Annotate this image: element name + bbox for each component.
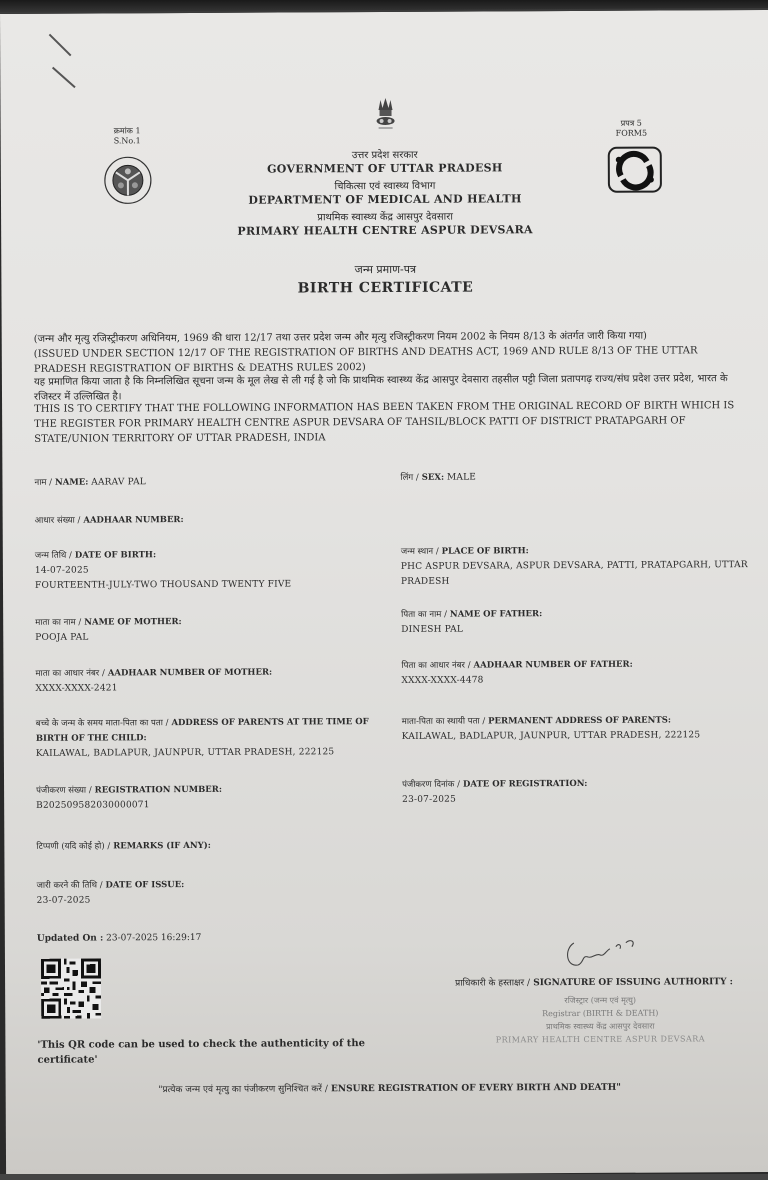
- field-place-of-birth: जन्म स्थान / PLACE OF BIRTH: PHC ASPUR D…: [401, 543, 751, 590]
- certificate-title-en: BIRTH CERTIFICATE: [1, 278, 768, 298]
- field-mother-name: माता का नाम / NAME OF MOTHER: POOJA PAL: [35, 614, 400, 646]
- updated-on: Updated On : 23-07-2025 16:29:17: [37, 933, 202, 944]
- label-en: NAME OF MOTHER:: [84, 617, 182, 628]
- value-name: AARAV PAL: [91, 477, 146, 487]
- label-hi: माता का आधार नंबर /: [35, 668, 104, 678]
- stamp-line-2: Registrar (BIRTH & DEATH): [475, 1006, 725, 1020]
- label-hi: माता का नाम /: [35, 618, 81, 628]
- label-en: AADHAAR NUMBER OF MOTHER:: [108, 668, 272, 679]
- label-hi: नाम /: [34, 478, 52, 488]
- label-en: SEX:: [422, 473, 444, 483]
- label-hi: पंजीकरण दिनांक /: [402, 780, 460, 790]
- centre-title-en: PRIMARY HEALTH CENTRE ASPUR DEVSARA: [1, 222, 768, 239]
- dept-title-en: DEPARTMENT OF MEDICAL AND HEALTH: [1, 191, 768, 208]
- footer-hi: "प्रत्येक जन्म एवं मृत्यु का पंजीकरण सुन…: [158, 1084, 328, 1095]
- label-en: PERMANENT ADDRESS OF PARENTS:: [488, 715, 671, 726]
- label-en: NAME:: [55, 478, 88, 488]
- label-hi: जन्म स्थान /: [401, 547, 439, 557]
- label-en: REGISTRATION NUMBER:: [95, 785, 222, 796]
- value-address-perm: KAILAWAL, BADLAPUR, JAUNPUR, UTTAR PRADE…: [402, 728, 752, 745]
- label-en: DATE OF REGISTRATION:: [463, 779, 587, 790]
- label-hi: लिंग /: [400, 473, 418, 483]
- issued-under-statement: (जन्म और मृत्यु रजिस्ट्रीकरण अधिनियम, 19…: [34, 328, 746, 377]
- label-hi: जारी करने की तिथि /: [37, 880, 103, 890]
- label-en: NAME OF FATHER:: [450, 609, 542, 619]
- serial-en: S.No.1: [114, 136, 141, 146]
- pen-mark: [49, 34, 72, 57]
- value-reg-no: B202509582030000071: [36, 797, 401, 814]
- field-mother-aadhaar: माता का आधार नंबर / AADHAAR NUMBER OF MO…: [35, 665, 400, 697]
- field-permanent-address: माता-पिता का स्थायी पता / PERMANENT ADDR…: [402, 713, 752, 745]
- field-father-aadhaar: पिता का आधार नंबर / AADHAAR NUMBER OF FA…: [401, 657, 751, 689]
- footer-en: ENSURE REGISTRATION OF EVERY BIRTH AND D…: [331, 1083, 621, 1095]
- form-en: FORM5: [616, 129, 647, 139]
- updated-value: 23-07-2025 16:29:17: [106, 933, 201, 943]
- footer-slogan: "प्रत्येक जन्म एवं मृत्यु का पंजीकरण सुन…: [6, 1079, 768, 1096]
- serial-number: क्रमांक 1 S.No.1: [114, 126, 141, 146]
- label-en: DATE OF ISSUE:: [106, 880, 185, 890]
- field-remarks: टिप्पणी (यदि कोई हो) / REMARKS (IF ANY):: [36, 838, 401, 855]
- updated-label: Updated On :: [37, 933, 103, 943]
- form-hi: प्रपत्र 5: [616, 119, 647, 129]
- value-father-aadhaar: XXXX-XXXX-4478: [401, 672, 751, 689]
- field-father-name: पिता का नाम / NAME OF FATHER: DINESH PAL: [401, 606, 751, 638]
- label-en: AADHAAR NUMBER:: [83, 515, 183, 526]
- field-name: नाम / NAME: AARAV PAL: [34, 474, 399, 491]
- field-dob: जन्म तिथि / DATE OF BIRTH: 14-07-2025 FO…: [35, 547, 400, 594]
- label-hi: जन्म तिथि /: [35, 551, 72, 561]
- label-hi: पंजीकरण संख्या /: [36, 786, 92, 796]
- signature-scribble: [560, 931, 650, 971]
- serial-hi: क्रमांक 1: [114, 126, 141, 136]
- label-en: PLACE OF BIRTH:: [442, 546, 529, 556]
- label-hi: माता-पिता का स्थायी पता /: [402, 716, 486, 726]
- value-issue-date: 23-07-2025: [37, 892, 402, 909]
- value-sex: MALE: [447, 473, 476, 483]
- certificate-title-hi: जन्म प्रमाण-पत्र: [1, 260, 768, 279]
- stamp-line-1: रजिस्ट्रार (जन्म एवं मृत्यु): [475, 993, 725, 1007]
- form-number: प्रपत्र 5 FORM5: [616, 119, 648, 139]
- field-registration-date: पंजीकरण दिनांक / DATE OF REGISTRATION: 2…: [402, 776, 752, 808]
- value-address-birth: KAILAWAL, BADLAPUR, JAUNPUR, UTTAR PRADE…: [36, 745, 401, 762]
- signature-label-hi: प्राधिकारी के हस्ताक्षर /: [455, 978, 530, 988]
- value-reg-date: 23-07-2025: [402, 791, 752, 808]
- signature-label: प्राधिकारी के हस्ताक्षर / SIGNATURE OF I…: [425, 974, 768, 989]
- label-hi: बच्चे के जन्म के समय माता-पिता का पता /: [36, 718, 169, 729]
- background-edge-bottom: [0, 1174, 768, 1180]
- qr-code[interactable]: [41, 958, 101, 1018]
- national-emblem-icon: [370, 96, 400, 134]
- label-en: REMARKS (IF ANY):: [113, 841, 211, 852]
- label-hi: टिप्पणी (यदि कोई हो) /: [36, 841, 110, 851]
- field-sex: लिंग / SEX: MALE: [400, 469, 750, 486]
- field-aadhaar: आधार संख्या / AADHAAR NUMBER:: [35, 512, 400, 529]
- pen-mark: [52, 67, 76, 88]
- value-dob-words: FOURTEENTH-JULY-TWO THOUSAND TWENTY FIVE: [35, 577, 400, 594]
- field-date-of-issue: जारी करने की तिथि / DATE OF ISSUE: 23-07…: [37, 877, 402, 909]
- label-hi: पिता का आधार नंबर /: [401, 661, 470, 671]
- field-registration-number: पंजीकरण संख्या / REGISTRATION NUMBER: B2…: [36, 782, 401, 814]
- label-en: DATE OF BIRTH:: [75, 550, 156, 560]
- value-mother-name: POOJA PAL: [35, 629, 400, 646]
- value-father-name: DINESH PAL: [401, 621, 751, 638]
- field-address-at-birth: बच्चे के जन्म के समय माता-पिता का पता / …: [36, 715, 401, 762]
- signature-label-en: SIGNATURE OF ISSUING AUTHORITY :: [533, 977, 733, 988]
- label-en: AADHAAR NUMBER OF FATHER:: [473, 660, 632, 671]
- label-hi: पिता का नाम /: [401, 610, 447, 620]
- qr-note: 'This QR code can be used to check the a…: [37, 1036, 377, 1068]
- certificate-paper: क्रमांक 1 S.No.1 प्रपत्र 5 FORM5 उत्तर प…: [0, 8, 768, 1176]
- stamp-line-4: PRIMARY HEALTH CENTRE ASPUR DEVSARA: [475, 1032, 725, 1046]
- value-mother-aadhaar: XXXX-XXXX-2421: [36, 680, 401, 697]
- stamp-line-3: प्राथमिक स्वास्थ्य केंद्र आसपुर देवसारा: [475, 1019, 725, 1033]
- certify-statement-en: THIS IS TO CERTIFY THAT THE FOLLOWING IN…: [34, 398, 746, 447]
- label-hi: आधार संख्या /: [35, 516, 81, 526]
- value-pob: PHC ASPUR DEVSARA, ASPUR DEVSARA, PATTI,…: [401, 558, 751, 590]
